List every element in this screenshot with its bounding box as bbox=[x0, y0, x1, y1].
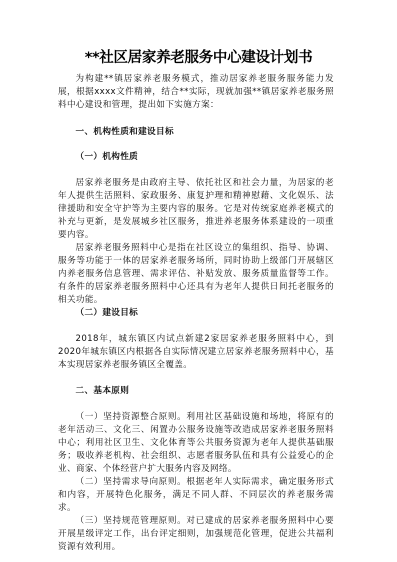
principle-3: （三）坚持规范管理原则。对已建成的居家养老服务照料中心要开展星级评定工作，出台评… bbox=[58, 515, 334, 554]
principle-2: （二）坚持需求导向原则。根据老年人实际需求，确定服务形式和内容，开展特色化服务，… bbox=[58, 476, 334, 515]
sub2-paragraph-1: 2018年，城东镇区内试点新建2家居家养老服务照料中心，到2020年城东镇区内根… bbox=[58, 333, 334, 372]
sub1-heading: （一）机构性质 bbox=[58, 151, 334, 164]
document-page: **社区居家养老服务中心建设计划书 为构建**镇居家养老服务模式，推动居家养老服… bbox=[0, 0, 397, 562]
section2-heading: 二、基本原则 bbox=[58, 385, 334, 398]
intro-paragraph: 为构建**镇居家养老服务模式，推动居家养老服务服务能力发展，根据xxxx文件精神… bbox=[58, 73, 334, 112]
document-title: **社区居家养老服务中心建设计划书 bbox=[0, 46, 397, 67]
principle-1: （一）坚持资源整合原则。利用社区基础设施和场地，将原有的老年活动三、文化三、闲置… bbox=[58, 411, 334, 476]
sub1-paragraph-1: 居家养老服务是由政府主导、依托社区和社会力量，为居家的老年人提供生活照料、家政服… bbox=[58, 177, 334, 242]
sub1-paragraph-2: 居家养老服务照料中心是指在社区设立的集组织、指导、协调、服务等功能于一体的居家养… bbox=[58, 242, 334, 307]
sub2-heading: （二）建设目标 bbox=[58, 307, 334, 320]
section1-heading: 一、机构性质和建设目标 bbox=[58, 126, 334, 139]
